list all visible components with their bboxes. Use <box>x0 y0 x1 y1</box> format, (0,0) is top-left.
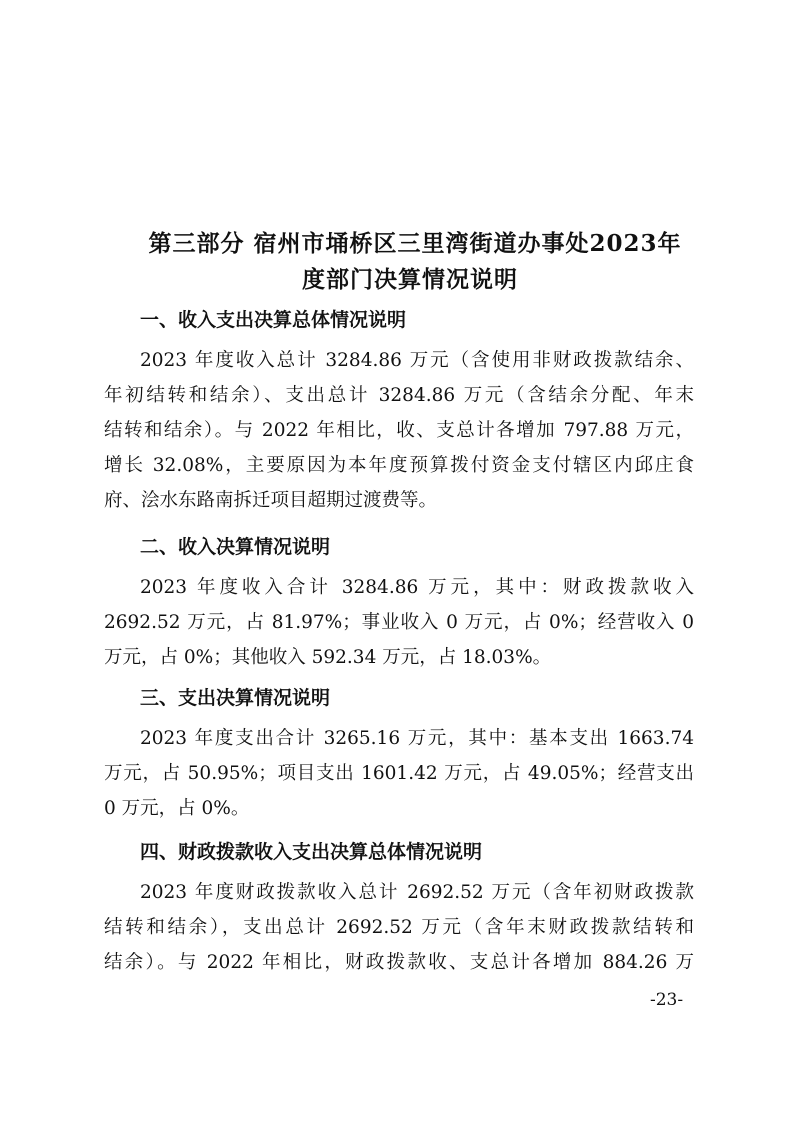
section-heading-2: 二、收入决算情况说明 <box>140 532 330 562</box>
paragraph-line: 万元，占 50.95%；项目支出 1601.42 万元，占 49.05%；经营支… <box>104 759 694 789</box>
document-title-line-1: 第三部分 宿州市埇桥区三里湾街道办事处2023年 <box>120 226 710 262</box>
section-heading-4: 四、财政拨款收入支出决算总体情况说明 <box>140 837 482 867</box>
section-heading-3: 三、支出决算情况说明 <box>140 683 330 713</box>
document-title-line-2: 度部门决算情况说明 <box>110 262 710 298</box>
paragraph-line: 府、浍水东路南拆迁项目超期过渡费等。 <box>104 486 694 516</box>
paragraph-line: 2023 年度财政拨款收入总计 2692.52 万元（含年初财政拨款 <box>140 878 694 908</box>
paragraph-line: 2023 年度收入合计 3284.86 万元，其中：财政拨款收入 <box>140 573 694 603</box>
paragraph-line: 2023 年度收入总计 3284.86 万元（含使用非财政拨款结余、 <box>140 346 694 376</box>
paragraph-line: 万元，占 0%；其他收入 592.34 万元，占 18.03%。 <box>104 643 694 673</box>
paragraph-line: 年初结转和结余）、支出总计 3284.86 万元（含结余分配、年末 <box>104 381 694 411</box>
paragraph-line: 结转和结余）。与 2022 年相比，收、支总计各增加 797.88 万元， <box>104 416 694 446</box>
paragraph-line: 结余）。与 2022 年相比，财政拨款收、支总计各增加 884.26 万 <box>104 948 694 978</box>
section-heading-1: 一、收入支出决算总体情况说明 <box>140 305 406 335</box>
paragraph-line: 0 万元，占 0%。 <box>104 794 694 824</box>
paragraph-line: 增长 32.08%，主要原因为本年度预算拨付资金支付辖区内邱庄食 <box>104 451 694 481</box>
page-number: -23- <box>650 988 683 1012</box>
document-page: 第三部分 宿州市埇桥区三里湾街道办事处2023年 度部门决算情况说明 一、收入支… <box>0 0 793 1122</box>
paragraph-line: 结转和结余），支出总计 2692.52 万元（含年末财政拨款结转和 <box>104 913 694 943</box>
paragraph-line: 2692.52 万元，占 81.97%；事业收入 0 万元，占 0%；经营收入 … <box>104 608 694 638</box>
paragraph-line: 2023 年度支出合计 3265.16 万元，其中：基本支出 1663.74 <box>140 724 694 754</box>
